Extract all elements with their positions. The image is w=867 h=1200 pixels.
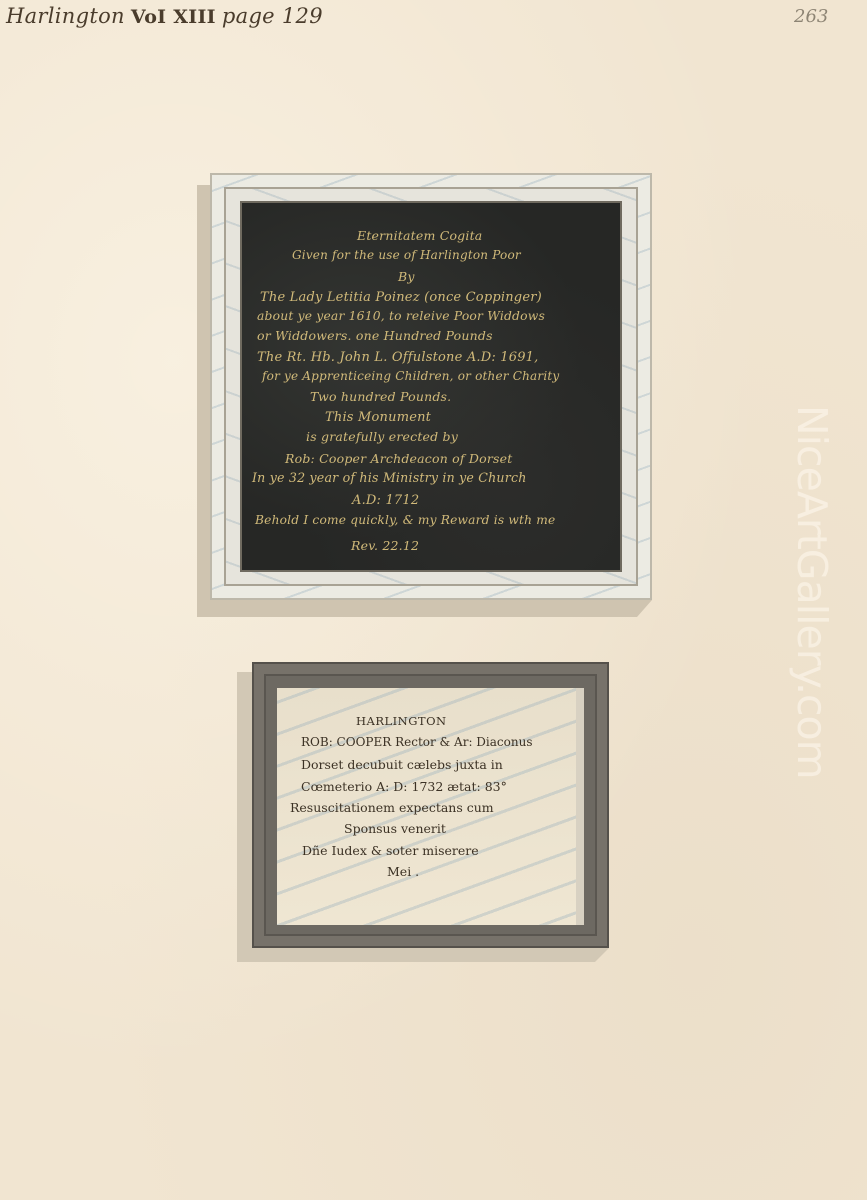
header-volume: VoI XIII <box>131 6 216 28</box>
inscription-line: By <box>398 269 415 284</box>
inscription-line: Rob: Cooper Archdeacon of Dorset <box>285 451 512 466</box>
inscription-line: about ye year 1610, to releive Poor Widd… <box>257 309 545 323</box>
inscription-line: The Rt. Hb. John L. Offulstone A.D: 1691… <box>257 350 539 365</box>
inscription-line: The Lady Letitia Poinez (once Coppinger) <box>260 290 542 305</box>
inscription-line: Resuscitationem expectans cum <box>290 800 494 815</box>
inscription-line: In ye 32 year of his Ministry in ye Chur… <box>252 470 527 485</box>
inscription-line: Two hundred Pounds. <box>310 389 451 404</box>
inscription-line: Behold I come quickly, & my Reward is wt… <box>255 513 555 527</box>
header-place: Harlington <box>6 4 125 28</box>
inscription-line: Dorset decubuit cælebs juxta in <box>301 757 503 772</box>
inscription-line: for ye Apprenticeing Children, or other … <box>262 369 559 383</box>
upper-plaque-frame: Eternitatem Cogita Given for the use of … <box>210 173 652 600</box>
inscription-line: Dñe Iudex & soter miserere <box>302 843 479 858</box>
inscription-line: Mei . <box>387 864 419 879</box>
inscription-line: Eternitatem Cogita <box>357 228 482 243</box>
inscription-line: Rev. 22.12 <box>351 538 419 553</box>
lower-plaque-inscription: HARLINGTON ROB: COOPER Rector & Ar: Diac… <box>277 688 584 925</box>
inscription-line: A.D: 1712 <box>352 493 419 508</box>
page-number: 263 <box>794 6 828 27</box>
inscription-line: This Monument <box>325 410 431 425</box>
inscription-line: Given for the use of Harlington Poor <box>292 248 521 262</box>
inscription-line: Sponsus venerit <box>344 821 446 836</box>
inscription-line: is gratefully erected by <box>306 429 458 444</box>
inscription-line: Cœmeterio A: D: 1732 ætat: 83° <box>301 779 507 794</box>
inscription-line: or Widdowers. one Hundred Pounds <box>257 328 493 343</box>
watermark: NiceArtGallery.com <box>787 405 837 790</box>
lower-plaque-frame: HARLINGTON ROB: COOPER Rector & Ar: Diac… <box>252 662 609 948</box>
upper-plaque-inscription: Eternitatem Cogita Given for the use of … <box>240 201 622 572</box>
header-page-ref: page 129 <box>222 4 323 28</box>
inscription-line: ROB: COOPER Rector & Ar: Diaconus <box>301 735 532 749</box>
page-header: HarlingtonVoI XIIIpage 129 <box>6 4 323 28</box>
inscription-line: HARLINGTON <box>356 714 447 728</box>
